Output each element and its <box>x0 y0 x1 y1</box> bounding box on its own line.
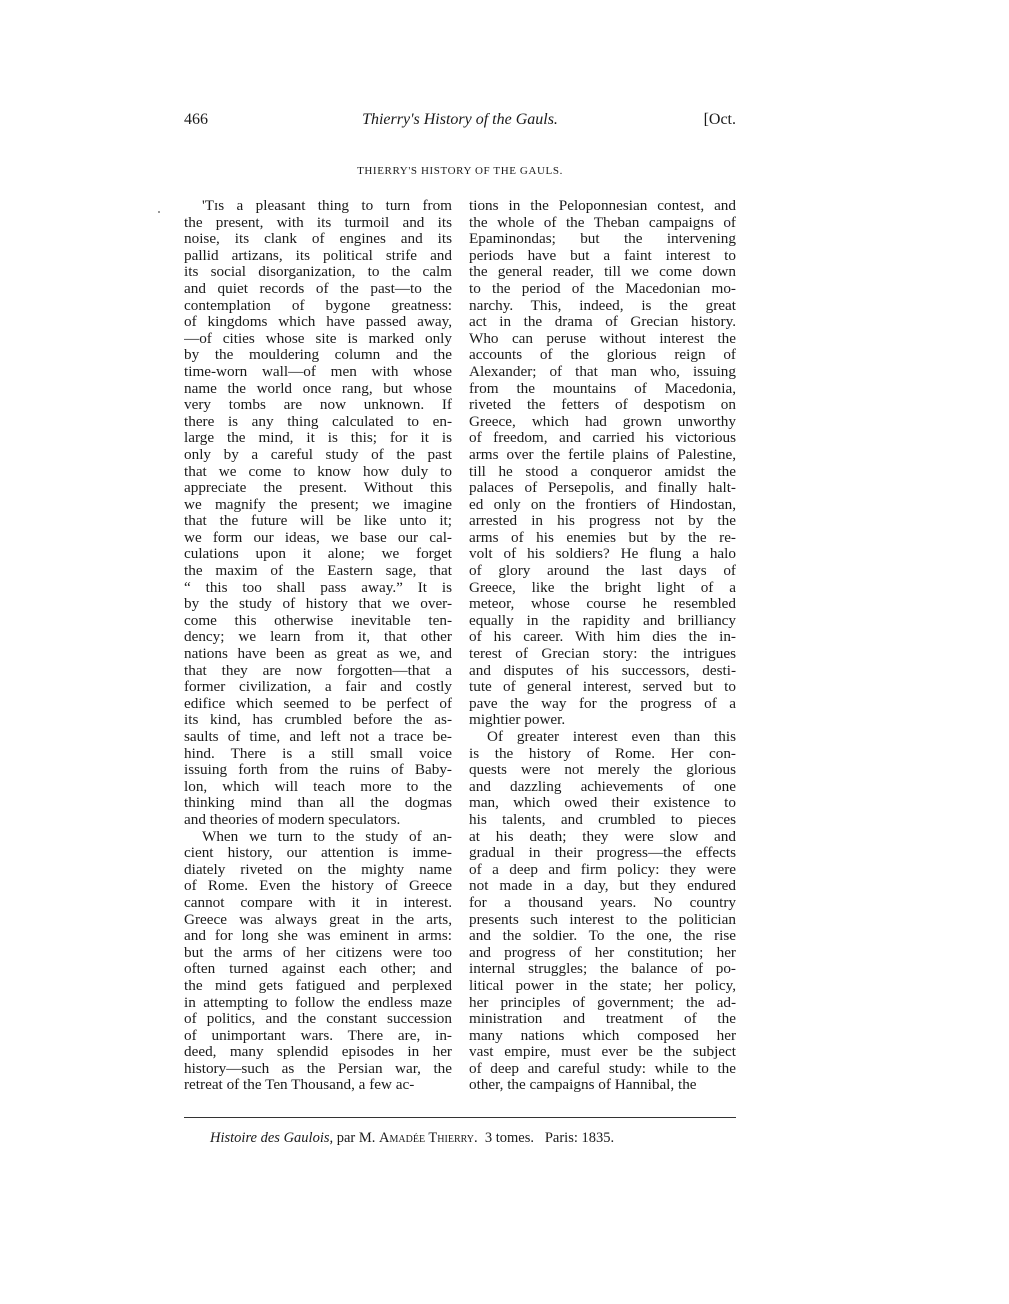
text-line: of unimportant wars. There are, in- <box>184 1028 452 1045</box>
text-line: Epaminondas; but the intervening <box>469 231 736 248</box>
text-line: presents such interest to the politician <box>469 912 736 929</box>
text-line: contemplation of bygone greatness: <box>184 298 452 315</box>
text-line: “ this too shall pass away.” It is <box>184 580 452 597</box>
text-line: appreciate the present. Without this <box>184 480 452 497</box>
text-line: periods have but a faint interest to <box>469 248 736 265</box>
text-line: internal struggles; the balance of po- <box>469 961 736 978</box>
text-line: its kind, has crumbled before the as- <box>184 712 452 729</box>
text-line: of glory around the last days of <box>469 563 736 580</box>
text-line: tions in the Peloponnesian contest, and <box>469 198 736 215</box>
text-line: of a deep and firm policy: they were <box>469 862 736 879</box>
text-line: and progress of her constitution; her <box>469 945 736 962</box>
footnote-rule <box>184 1117 736 1118</box>
text-line: —of cities whose site is marked only <box>184 331 452 348</box>
text-line: his talents, and crumbled to pieces <box>469 812 736 829</box>
text-line: former civilization, a fair and costly <box>184 679 452 696</box>
text-line: not made in a day, but they endured <box>469 878 736 895</box>
text-line: arms of his enemies but by the re- <box>469 530 736 547</box>
text-line: to the period of the Macedonian mo- <box>469 281 736 298</box>
text-line: that the future will be like unto it; <box>184 513 452 530</box>
text-line: and for long she was eminent in arms: <box>184 928 452 945</box>
text-line: the maxim of the Eastern sage, that <box>184 563 452 580</box>
text-line: volt of his soldiers? He flung a halo <box>469 546 736 563</box>
text-line: of kingdoms which have passed away, <box>184 314 452 331</box>
left-column: 'Tɪs a pleasant thing to turn fromthe pr… <box>184 198 452 1094</box>
text-line: riveted the fetters of despotism on <box>469 397 736 414</box>
text-line: her principles of government; the ad- <box>469 995 736 1012</box>
footnote-author: Amadée Thierry. <box>379 1130 478 1146</box>
text-line: that we come to know how duly to <box>184 464 452 481</box>
text-line: saults of time, and left not a trace be- <box>184 729 452 746</box>
text-line: 'Tɪs a pleasant thing to turn from <box>184 198 452 215</box>
text-line: and dazzling achievements of one <box>469 779 736 796</box>
text-line: the general reader, till we come down <box>469 264 736 281</box>
text-line: there is any thing calculated to en- <box>184 414 452 431</box>
text-line: at his death; they were slow and <box>469 829 736 846</box>
text-line: retreat of the Ten Thousand, a few ac- <box>184 1077 452 1094</box>
text-line: accounts of the glorious reign of <box>469 347 736 364</box>
text-line: culations upon it alone; we forget <box>184 546 452 563</box>
text-line: only by a careful study of the past <box>184 447 452 464</box>
text-line: by the study of history that we over- <box>184 596 452 613</box>
article-title: THIERRY'S HISTORY OF THE GAULS. <box>184 165 736 177</box>
text-line: edifice which seemed to be perfect of <box>184 696 452 713</box>
text-line: from the mountains of Macedonia, <box>469 381 736 398</box>
text-line: of politics, and the constant succession <box>184 1011 452 1028</box>
print-speck <box>158 211 160 213</box>
text-line: the whole of the Theban campaigns of <box>469 215 736 232</box>
footnote: Histoire des Gaulois, par M. Amadée Thie… <box>210 1130 750 1147</box>
text-line: time-worn wall—of men with whose <box>184 364 452 381</box>
text-line: dency; we learn from it, that other <box>184 629 452 646</box>
running-month: [Oct. <box>704 111 736 129</box>
text-line: of his career. With him dies the in- <box>469 629 736 646</box>
text-line: till he stood a conqueror amidst the <box>469 464 736 481</box>
text-line: its social disorganization, to the calm <box>184 264 452 281</box>
text-line: diately riveted on the mighty name <box>184 862 452 879</box>
text-line: noise, its clank of engines and its <box>184 231 452 248</box>
text-line: other, the campaigns of Hannibal, the <box>469 1077 736 1094</box>
text-line: gradual in their progress—the effects <box>469 845 736 862</box>
text-line: ed only on the frontiers of Hindostan, <box>469 497 736 514</box>
text-line: vast empire, must ever be the subject <box>469 1044 736 1061</box>
footnote-book-title: Histoire des Gaulois, <box>210 1130 333 1146</box>
text-line: often turned against each other; and <box>184 961 452 978</box>
text-line: come this otherwise inevitable ten- <box>184 613 452 630</box>
text-line: man, which owed their existence to <box>469 795 736 812</box>
text-line: Alexander; of that man who, issuing <box>469 364 736 381</box>
text-line: act in the drama of Grecian history. <box>469 314 736 331</box>
text-line: of Rome. Even the history of Greece <box>184 878 452 895</box>
text-line: thinking mind than all the dogmas <box>184 795 452 812</box>
running-head: 466 Thierry's History of the Gauls. [Oct… <box>184 111 736 135</box>
text-line: Greece was always great in the arts, <box>184 912 452 929</box>
text-line: terest of Grecian story: the intrigues <box>469 646 736 663</box>
text-line: large the mind, it is this; for it is <box>184 430 452 447</box>
right-column: tions in the Peloponnesian contest, andt… <box>469 198 736 1094</box>
text-line: many nations which composed her <box>469 1028 736 1045</box>
text-line: litical power in the state; her policy, <box>469 978 736 995</box>
text-line: ministration and treatment of the <box>469 1011 736 1028</box>
text-line: palaces of Persepolis, and finally halt- <box>469 480 736 497</box>
text-line: the present, with its turmoil and its <box>184 215 452 232</box>
text-line: cient history, our attention is imme- <box>184 845 452 862</box>
text-line: of freedom, and carried his victorious <box>469 430 736 447</box>
text-line: Greece, like the bright light of a <box>469 580 736 597</box>
text-line: and theories of modern speculators. <box>184 812 452 829</box>
footnote-details: 3 tomes. Paris: 1835. <box>478 1130 615 1146</box>
text-line: the mind gets fatigued and perplexed <box>184 978 452 995</box>
text-line: for a thousand years. No country <box>469 895 736 912</box>
text-line: we magnify the present; we imagine <box>184 497 452 514</box>
text-line: and the soldier. To the one, the rise <box>469 928 736 945</box>
text-line: in attempting to follow the endless maze <box>184 995 452 1012</box>
text-line: pave the way for the progress of a <box>469 696 736 713</box>
text-line: deed, many splendid episodes in her <box>184 1044 452 1061</box>
text-line: Of greater interest even than this <box>469 729 736 746</box>
text-line: issuing forth from the ruins of Baby- <box>184 762 452 779</box>
text-line: by the mouldering column and the <box>184 347 452 364</box>
document-page: 466 Thierry's History of the Gauls. [Oct… <box>0 0 1009 1304</box>
text-line: cannot compare with it in interest. <box>184 895 452 912</box>
text-line: and quiet records of the past—to the <box>184 281 452 298</box>
text-line: quests were not merely the glorious <box>469 762 736 779</box>
text-line: history—such as the Persian war, the <box>184 1061 452 1078</box>
text-line: hind. There is a still small voice <box>184 746 452 763</box>
text-line: of deep and careful study: while to the <box>469 1061 736 1078</box>
text-line: equally in the rapidity and brilliancy <box>469 613 736 630</box>
text-line: that they are now forgotten—that a <box>184 663 452 680</box>
text-line: meteor, whose course he resembled <box>469 596 736 613</box>
text-line: but the arms of her citizens were too <box>184 945 452 962</box>
text-line: name the world once rang, but whose <box>184 381 452 398</box>
text-line: is the history of Rome. Her con- <box>469 746 736 763</box>
text-line: very tombs are now unknown. If <box>184 397 452 414</box>
text-line: Who can peruse without interest the <box>469 331 736 348</box>
text-line: lon, which will teach more to the <box>184 779 452 796</box>
text-line: we form our ideas, we base our cal- <box>184 530 452 547</box>
text-line: pallid artizans, its political strife an… <box>184 248 452 265</box>
text-line: arrested in his progress not by the <box>469 513 736 530</box>
text-line: When we turn to the study of an- <box>184 829 452 846</box>
running-title: Thierry's History of the Gauls. <box>184 111 736 129</box>
text-line: and disputes of his successors, desti- <box>469 663 736 680</box>
text-line: Greece, which had grown unworthy <box>469 414 736 431</box>
text-line: nations have been as great as we, and <box>184 646 452 663</box>
text-line: mightier power. <box>469 712 736 729</box>
text-line: tute of general interest, served but to <box>469 679 736 696</box>
footnote-par: par M. <box>333 1130 379 1146</box>
text-line: narchy. This, indeed, is the great <box>469 298 736 315</box>
text-line: arms over the fertile plains of Palestin… <box>469 447 736 464</box>
